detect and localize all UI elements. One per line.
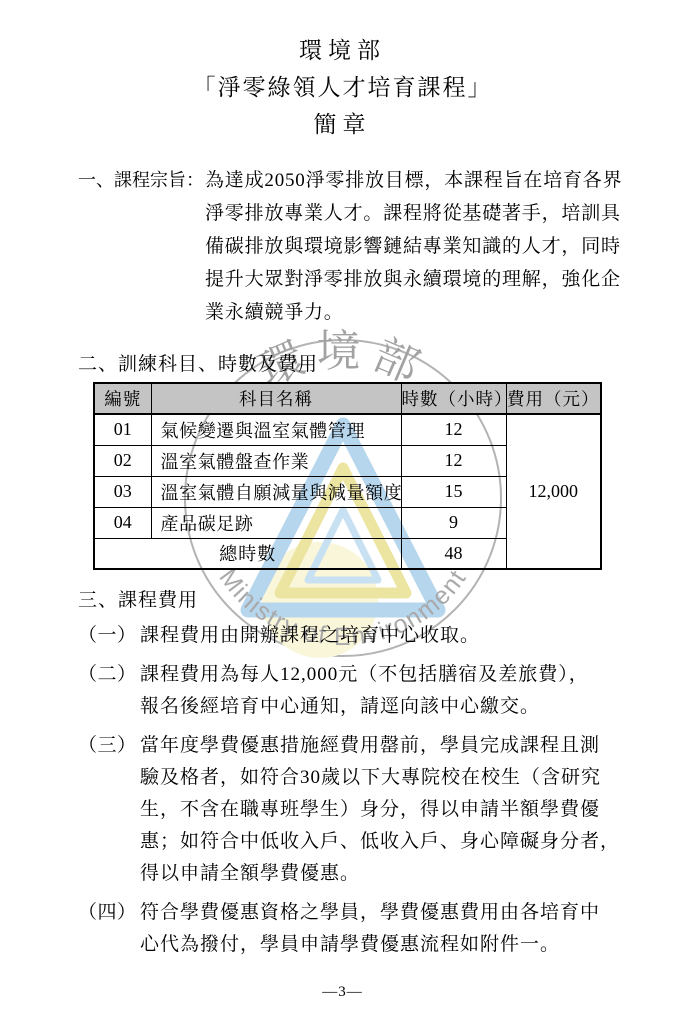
row-number: 01 — [94, 414, 151, 445]
row-hours: 9 — [401, 507, 506, 538]
document-content: 環境部 「淨零綠領人才培育課程」 簡章 一、課程宗旨： 為達成2050淨零排放目… — [0, 0, 685, 961]
section-subjects-heading: 二、訓練科目、時數及費用 — [78, 351, 627, 379]
section-purpose-label: 一、課程宗旨： — [78, 164, 205, 329]
section-fees-heading: 三、課程費用 — [78, 586, 627, 616]
fee-item-1-text: 課程費用由開辦課程之培育中心收取。 — [140, 620, 480, 652]
row-hours: 15 — [401, 476, 506, 507]
course-table: 編號 科目名稱 時數（小時） 費用（元） 01 氣候變遷與溫室氣體管理 12 1… — [93, 382, 602, 570]
fee-item-1: （一） 課程費用由開辦課程之培育中心收取。 — [78, 620, 627, 652]
row-subject: 溫室氣體自願減量與減量額度 — [151, 476, 401, 507]
title-course-name: 「淨零綠領人才培育課程」 — [0, 69, 685, 106]
row-hours: 12 — [401, 414, 506, 445]
fee-item-2-label: （二） — [78, 659, 140, 723]
table-header-row: 編號 科目名稱 時數（小時） 費用（元） — [94, 383, 601, 414]
row-subject: 產品碳足跡 — [151, 507, 401, 538]
fee-item-1-label: （一） — [78, 620, 140, 652]
row-subject: 氣候變遷與溫室氣體管理 — [151, 414, 401, 445]
title-block: 環境部 「淨零綠領人才培育課程」 簡章 — [0, 0, 685, 143]
fee-item-4-label: （四） — [78, 897, 140, 961]
row-number: 04 — [94, 507, 151, 538]
col-header-hours: 時數（小時） — [401, 383, 506, 414]
document-page: 環境部 Ministry of Environment 環境部 「淨零綠領人才培… — [0, 0, 685, 1023]
row-hours: 12 — [401, 445, 506, 476]
title-doc-type: 簡章 — [0, 106, 685, 143]
fee-item-3-text: 當年度學費優惠措施經費用罄前，學員完成課程且測 驗及格者，如符合30歲以下大專院… — [140, 730, 620, 890]
fee-item-3: （三） 當年度學費優惠措施經費用罄前，學員完成課程且測 驗及格者，如符合30歲以… — [78, 730, 627, 890]
title-org: 環境部 — [0, 32, 685, 69]
fee-item-4: （四） 符合學費優惠資格之學員，學費優惠費用由各培育中 心代為撥付，學員申請學費… — [78, 897, 627, 961]
row-subject: 溫室氣體盤查作業 — [151, 445, 401, 476]
fee-item-2: （二） 課程費用為每人12,000元（不包括膳宿及差旅費）， 報名後經培育中心通… — [78, 659, 627, 723]
total-hours: 48 — [401, 538, 506, 569]
col-header-subject: 科目名稱 — [151, 383, 401, 414]
col-header-fee: 費用（元） — [506, 383, 601, 414]
total-label: 總時數 — [94, 538, 401, 569]
fee-item-4-text: 符合學費優惠資格之學員，學費優惠費用由各培育中 心代為撥付，學員申請學費優惠流程… — [140, 897, 600, 961]
fee-item-2-text: 課程費用為每人12,000元（不包括膳宿及差旅費）， 報名後經培育中心通知，請逕… — [140, 659, 589, 723]
section-purpose-text: 為達成2050淨零排放目標，本課程旨在培育各界 淨零排放專業人才。課程將從基礎著… — [205, 164, 622, 329]
page-number: —3— — [0, 984, 685, 1001]
fee-item-3-label: （三） — [78, 730, 140, 890]
table-row: 01 氣候變遷與溫室氣體管理 12 12,000 — [94, 414, 601, 445]
fee-merged-cell: 12,000 — [506, 414, 601, 569]
col-header-number: 編號 — [94, 383, 151, 414]
row-number: 03 — [94, 476, 151, 507]
body-block: 一、課程宗旨： 為達成2050淨零排放目標，本課程旨在培育各界 淨零排放專業人才… — [0, 164, 685, 961]
row-number: 02 — [94, 445, 151, 476]
section-purpose: 一、課程宗旨： 為達成2050淨零排放目標，本課程旨在培育各界 淨零排放專業人才… — [78, 164, 627, 329]
